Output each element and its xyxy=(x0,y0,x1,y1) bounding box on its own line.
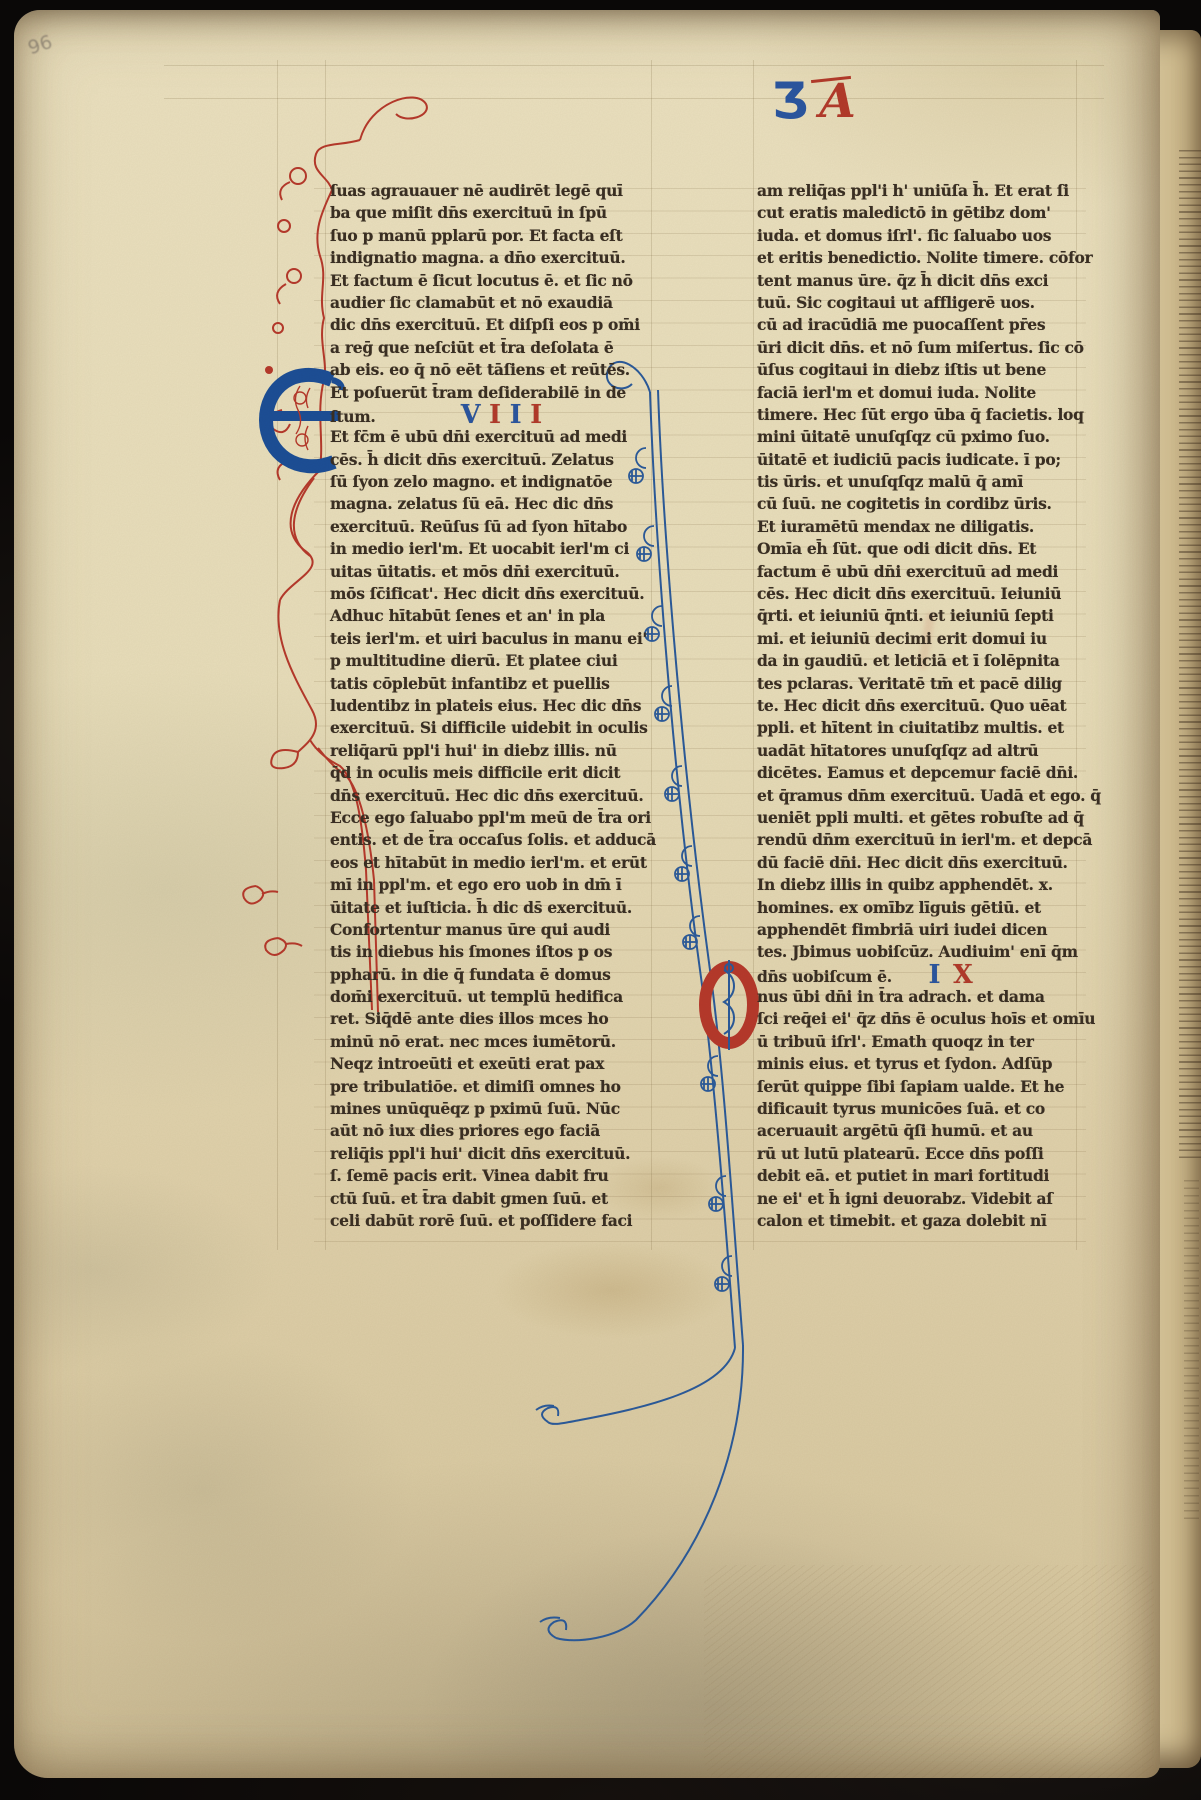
text-line: tuū. Sic cogitaui ut affligerē uos. xyxy=(757,292,1077,314)
text-line: ne ei' et h̄ igni deuorabz. Videbit aſ xyxy=(757,1188,1077,1210)
chapter9-number: IX xyxy=(929,964,986,986)
text-line: cēs. Hec dicit dn̄s exercituū. Ieiuniū xyxy=(757,583,1077,605)
text-line: indignatio magna. a dn̄o exercituū. xyxy=(330,247,650,269)
text-line: rendū dn̄m exercituū in ierl'm. et depcā xyxy=(757,829,1077,851)
text-line: entis. et de t̄ra occaſus ſolis. et addu… xyxy=(330,829,650,851)
initial-o-chapter9 xyxy=(698,958,760,1052)
text-line: ret. Siq̄dē ante dies illos mces ho xyxy=(330,1008,650,1030)
text-line: faciā ierl'm et domui iuda. Nolite xyxy=(757,382,1077,404)
ruling-vertical xyxy=(277,60,278,1250)
text-line: mines unūquēqz p pximū ſuū. Nūc xyxy=(330,1098,650,1120)
text-line: ba que miſit dn̄s exercituū in ſpū xyxy=(330,202,650,224)
text-line: celi dabūt rorē ſuū. et poſſidere faci xyxy=(330,1210,650,1232)
text-line: teis ierl'm. et uiri baculus in manu ei' xyxy=(330,628,650,650)
text-line: exercituū. Si difficile uidebit in oculi… xyxy=(330,717,650,739)
text-line: Neqz introeūti et exeūti erat pax xyxy=(330,1053,650,1075)
ruling-horizontal-top xyxy=(164,98,1104,99)
ruling-vertical xyxy=(325,60,326,1250)
catchline-text: ſtum. xyxy=(330,407,376,426)
chapter8-number: VIII xyxy=(461,404,551,426)
text-line: Et iuramētū mendax ne diligatis. xyxy=(757,516,1077,538)
ruling-vertical xyxy=(651,60,652,1250)
text-line: ūitatē et iudiciū pacis iudicate. ī po; xyxy=(757,449,1077,471)
text-line: Ecce ego ſaluabo ppl'm meū de t̄ra ori xyxy=(330,807,650,829)
text-line: ſ. ſemē pacis erit. Vinea dabit fru xyxy=(330,1165,650,1187)
text-line: calon et timebit. et gaza dolebit nī xyxy=(757,1210,1077,1232)
text-line: reliq̄arū ppl'i hui' in diebz illis. nū xyxy=(330,740,650,762)
text-line: Et fc̄m ē ubū dn̄i exercituū ad medi xyxy=(330,426,650,448)
text-column-left: ſuas agrauauer nē audirēt legē quība que… xyxy=(330,180,650,1232)
text-line: magna. zelatus ſū eā. Hec dic dn̄s xyxy=(330,493,650,515)
text-line: nus ūbi dn̄i in t̄ra adrach. et dama xyxy=(757,986,1077,1008)
text-line: et q̄ramus dn̄m exercituū. Uadā et ego. … xyxy=(757,785,1077,807)
text-line: ū tribuū iſrl'. Emath quoqz in ter xyxy=(757,1031,1077,1053)
text-line: tes. Jbimus uobiſcūz. Audiuim' enī q̄m xyxy=(757,941,1077,963)
text-line: cū ad iracūdiā me puocaſſent pr̄es xyxy=(757,314,1077,336)
text-line: Confortentur manus ūre qui audi xyxy=(330,919,650,941)
text-line: ūſus cogitaui in diebz iſtis ut bene xyxy=(757,359,1077,381)
text-line: exercituū. Reūſus ſū ad ſyon hītabo xyxy=(330,516,650,538)
text-line: am reliq̄as ppl'i h' uniūſa h̄. Et erat … xyxy=(757,180,1077,202)
column-left-lower: Et fc̄m ē ubū dn̄i exercituū ad medicēs.… xyxy=(330,426,650,1232)
text-line: factum ē ubū dn̄i exercituū ad medi xyxy=(757,561,1077,583)
text-line: rū ut lutū platearū. Ecce dn̄s poſſi xyxy=(757,1143,1077,1165)
text-line: ūitate et iuſticia. h̄ dic ds̄ exercituū… xyxy=(330,897,650,919)
column-right-lower: nus ūbi dn̄i in t̄ra adrach. et damaſci … xyxy=(757,986,1077,1232)
running-header: Ʒ A xyxy=(772,72,856,142)
text-line: uadāt hītatores unuſqſqz ad altrū xyxy=(757,740,1077,762)
column-left-upper: ſuas agrauauer nē audirēt legē quība que… xyxy=(330,180,650,404)
page-edge-text-lines-lower xyxy=(1184,1180,1199,1520)
text-line: ſerūt quippe ſibi ſapiam ualde. Et he xyxy=(757,1076,1077,1098)
text-line: debit eā. et putiet in mari fortitudi xyxy=(757,1165,1077,1187)
text-line: mōs ſc̄ificat'. Hec dicit dn̄s exercituū… xyxy=(330,583,650,605)
ruling-vertical xyxy=(753,60,754,1250)
text-line: dificauit tyrus municōes ſuā. et co xyxy=(757,1098,1077,1120)
text-line: q̄rti. et ieiuniū q̄nti. et ieiuniū ſept… xyxy=(757,605,1077,627)
text-line: mī in ppl'm. et ego ero uob in dm̄ ī xyxy=(330,874,650,896)
text-line: apphendēt fimbriā uiri iudei dicen xyxy=(757,919,1077,941)
page-edge-text-lines xyxy=(1179,150,1201,1160)
text-line: audier ſic clamabūt et nō exaudiā xyxy=(330,292,650,314)
text-line: q̄d in oculis meis difficile erit dicit xyxy=(330,762,650,784)
text-line: dn̄s exercituū. Hec dic dn̄s exercituū. xyxy=(330,785,650,807)
chapter9-heading-line: dn̄s uobiſcum ē.IX xyxy=(757,964,1077,986)
text-line: ſci req̄ei ei' q̄z dn̄s ē oculus hoīs et… xyxy=(757,1008,1077,1030)
text-line: in medio ierl'm. Et uocabit ierl'm ci xyxy=(330,538,650,560)
text-line: tis in diebus his ſmones iſtos p os xyxy=(330,941,650,963)
text-line: In diebz illis in quibz apphendēt. x. xyxy=(757,874,1077,896)
text-line: tes pclaras. Veritatē tm̄ et pacē dilig xyxy=(757,673,1077,695)
text-line: homines. ex omībz līguis gētiū. et xyxy=(757,897,1077,919)
text-line: cut eratis maledictō in gētibz dom' xyxy=(757,202,1077,224)
text-line: dicētes. Eamus et depcemur faciē dn̄i. xyxy=(757,762,1077,784)
text-line: ueniēt ppli multi. et gētes robuſte ad q… xyxy=(757,807,1077,829)
column-right-upper: am reliq̄as ppl'i h' uniūſa h̄. Et erat … xyxy=(757,180,1077,964)
text-line: Adhuc hītabūt ſenes et an' in pla xyxy=(330,605,650,627)
text-column-right: am reliq̄as ppl'i h' uniūſa h̄. Et erat … xyxy=(757,180,1077,1232)
text-line: ludentibz in plateis eius. Hec dic dn̄s xyxy=(330,695,650,717)
text-line: da in gaudiū. et leticiā et ī ſolēpnita xyxy=(757,650,1077,672)
folio-mark: 96 xyxy=(25,31,55,59)
ruling-horizontal-top xyxy=(164,65,1104,66)
parchment-grain-patch xyxy=(704,1565,1154,1778)
text-line: dū faciē dn̄i. Hec dicit dn̄s exercituū. xyxy=(757,852,1077,874)
text-line: Et factum ē ſicut locutus ē. et ſic nō xyxy=(330,270,650,292)
text-line: ctū ſuū. et t̄ra dabit gmen ſuū. et xyxy=(330,1188,650,1210)
text-line: mini ūitatē unuſqſqz cū pximo ſuo. xyxy=(757,426,1077,448)
text-line: iuda. et domus iſrl'. ſic ſaluabo uos xyxy=(757,225,1077,247)
text-line: tatis cōplebūt infantibz et puellis xyxy=(330,673,650,695)
text-line: ppharū. in die q̄ fundata ē domus xyxy=(330,964,650,986)
text-line: ab eis. eo q̄ nō eēt tāſiens et reūtēs. xyxy=(330,359,650,381)
text-line: minis eius. et tyrus et ſydon. Adſūp xyxy=(757,1053,1077,1075)
text-line: ūri dicit dn̄s. et nō ſum miſertus. ſic … xyxy=(757,337,1077,359)
text-line: cēs. h̄ dicit dn̄s exercituū. Zelatus xyxy=(330,449,650,471)
text-line: eos et hītabūt in medio ierl'm. et erūt xyxy=(330,852,650,874)
text-line: ſuas agrauauer nē audirēt legē quī xyxy=(330,180,650,202)
text-line: minū nō erat. nec mces iumētorū. xyxy=(330,1031,650,1053)
text-line: aceruauit argētū q̄ſi humū. et au xyxy=(757,1120,1077,1142)
text-line: ppli. et hītent in ciuitatibz multis. et xyxy=(757,717,1077,739)
text-line: a reḡ que neſciūt et t̄ra deſolata ē xyxy=(330,337,650,359)
text-line: p multitudine dierū. Et platee ciui xyxy=(330,650,650,672)
text-line: ſuo p manū pplarū por. Et facta eſt xyxy=(330,225,650,247)
text-line: cū ſuū. ne cogitetis in cordibz ūris. xyxy=(757,493,1077,515)
text-line: timere. Hec ſūt ergo ūba q̄ facietis. lo… xyxy=(757,404,1077,426)
running-header-letter-a: A xyxy=(819,72,855,132)
text-line: uitas ūitatis. et mōs dn̄i exercituū. xyxy=(330,561,650,583)
text-line: dic dn̄s exercituū. Et diſpſi eos p om̄i xyxy=(330,314,650,336)
text-line: reliq̄is ppl'i hui' dicit dn̄s exercituū… xyxy=(330,1143,650,1165)
text-line: mi. et ieiuniū decimi erit domui iu xyxy=(757,628,1077,650)
text-line: tis ūris. et unuſqſqz malū q̄ amī xyxy=(757,471,1077,493)
text-line: Omīa eh̄ ſūt. que odi dicit dn̄s. Et xyxy=(757,538,1077,560)
text-line: pre tribulatiōe. et dimiſi omnes ho xyxy=(330,1076,650,1098)
text-line: te. Hec dicit dn̄s exercituū. Quo uēat xyxy=(757,695,1077,717)
chapter8-heading-line: ſtum.VIII xyxy=(330,404,650,426)
text-line: aūt nō iux dies priores ego faciā xyxy=(330,1120,650,1142)
text-line: et eritis benedictio. Nolite timere. cōf… xyxy=(757,247,1077,269)
running-header-letter-z: Ʒ xyxy=(772,71,808,134)
text-line: tent manus ūre. q̄z h̄ dicit dn̄s exci xyxy=(757,270,1077,292)
text-line: dom̄i exercituū. ut templū hedifica xyxy=(330,986,650,1008)
catchline-text: dn̄s uobiſcum ē. xyxy=(757,967,892,986)
text-line: ſū ſyon zelo magno. et indignatōe xyxy=(330,471,650,493)
manuscript-page: 96 Ʒ A xyxy=(14,10,1160,1778)
